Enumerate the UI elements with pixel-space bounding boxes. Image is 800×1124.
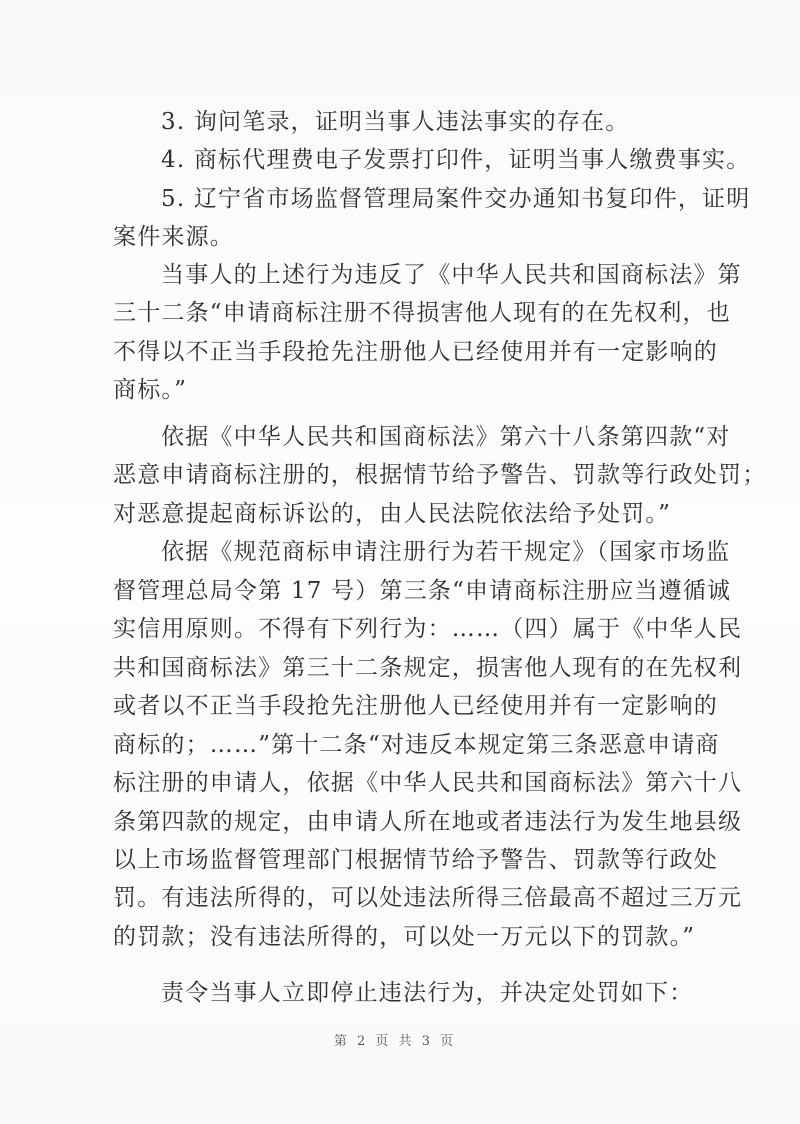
evidence-item-3: 3. 询问笔录，证明当事人违法事实的存在。: [161, 105, 673, 139]
violation-paragraph-line: 不得以不正当手段抢先注册他人已经使用并有一定影响的: [113, 335, 673, 369]
legal-basis-paragraph-2-line: 商标的；……”第十二条“对违反本规定第三条恶意申请商: [113, 728, 673, 762]
violation-paragraph-line: 商标。”: [113, 373, 673, 407]
document-page: 3. 询问笔录，证明当事人违法事实的存在。 4. 商标代理费电子发票打印件，证明…: [0, 0, 800, 1124]
page-number: 第 2 页 共 3 页: [0, 1030, 790, 1049]
legal-basis-paragraph-2-line: 共和国商标法》第三十二条规定，损害他人现有的在先权利: [113, 651, 673, 685]
legal-basis-paragraph-2-line: 以上市场监督管理部门根据情节给予警告、罚款等行政处: [113, 843, 673, 877]
decision-statement: 责令当事人立即停止违法行为，并决定处罚如下：: [161, 976, 673, 1010]
legal-basis-paragraph-2-line: 标注册的申请人，依据《中华人民共和国商标法》第六十八: [113, 766, 673, 800]
legal-basis-paragraph-2-line: 实信用原则。不得有下列行为：……（四）属于《中华人民: [113, 612, 673, 646]
legal-basis-paragraph-2-line: 罚。有违法所得的，可以处违法所得三倍最高不超过三万元: [113, 881, 673, 915]
legal-basis-paragraph-1: 依据《中华人民共和国商标法》第六十八条第四款“对: [161, 420, 673, 454]
legal-basis-paragraph-2: 依据《规范商标申请注册行为若干规定》（国家市场监: [161, 535, 673, 569]
legal-basis-paragraph-2-line: 条第四款的规定，由申请人所在地或者违法行为发生地县级: [113, 805, 673, 839]
evidence-item-4: 4. 商标代理费电子发票打印件，证明当事人缴费事实。: [161, 143, 673, 177]
evidence-item-5: 5. 辽宁省市场监督管理局案件交办通知书复印件，证明: [161, 182, 673, 216]
legal-basis-paragraph-2-line: 或者以不正当手段抢先注册他人已经使用并有一定影响的: [113, 689, 673, 723]
violation-paragraph-line: 三十二条“申请商标注册不得损害他人现有的在先权利，也: [113, 296, 673, 330]
legal-basis-paragraph-2-line: 督管理总局令第 17 号）第三条“申请商标注册应当遵循诚: [113, 574, 673, 608]
evidence-item-5-cont: 案件来源。: [113, 220, 673, 254]
legal-basis-paragraph-2-line: 的罚款；没有违法所得的，可以处一万元以下的罚款。”: [113, 920, 673, 954]
violation-paragraph: 当事人的上述行为违反了《中华人民共和国商标法》第: [161, 258, 673, 292]
legal-basis-paragraph-1-line: 对恶意提起商标诉讼的，由人民法院依法给予处罚。”: [113, 497, 673, 531]
legal-basis-paragraph-1-line: 恶意申请商标注册的，根据情节给予警告、罚款等行政处罚；: [113, 458, 673, 492]
